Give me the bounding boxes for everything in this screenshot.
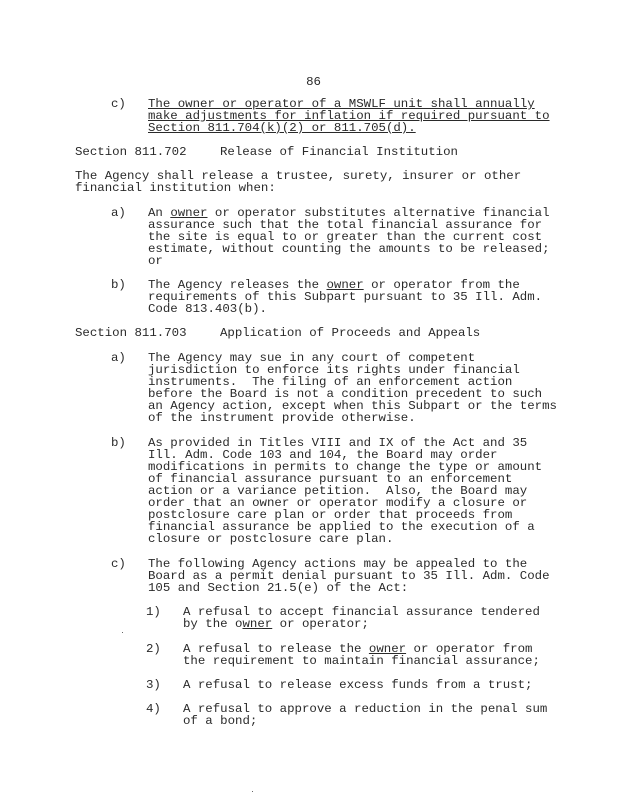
- item-label: b): [111, 437, 126, 449]
- item-a-line-6: of the instrument provide otherwise.: [148, 412, 416, 424]
- item-a-line-5: or: [148, 255, 163, 267]
- item-c-line-3: 105 and Section 21.5(e) of the Act:: [148, 582, 408, 594]
- item-label: a): [111, 207, 126, 219]
- section-title: Application of Proceeds and Appeals: [220, 327, 480, 339]
- stray-mark: [252, 791, 253, 792]
- item-label: c): [111, 558, 126, 570]
- section-title: Release of Financial Institution: [220, 146, 458, 158]
- page-number: 86: [0, 76, 619, 88]
- item-b-line-3: Code 813.403(b).: [148, 303, 267, 315]
- section-number: Section 811.703: [75, 327, 187, 339]
- subitem-label: 2): [146, 643, 161, 655]
- top-item-line-3: Section 811.704(k)(2) or 811.705(d).: [148, 122, 416, 134]
- subitem-4-line-2: of a bond;: [183, 715, 257, 727]
- item-a-line-4: estimate, without counting the amounts t…: [148, 243, 550, 255]
- section-number: Section 811.702: [75, 146, 187, 158]
- subitem-2-line-2: the requirement to maintain financial as…: [183, 655, 540, 667]
- subitem-label: 3): [146, 679, 161, 691]
- subitem-label: 4): [146, 703, 161, 715]
- intro-line-2: financial institution when:: [75, 182, 276, 194]
- item-label: b): [111, 279, 126, 291]
- subitem-label: 1): [146, 606, 161, 618]
- subitem-3-line-1: A refusal to release excess funds from a…: [183, 679, 532, 691]
- stray-mark: [122, 632, 123, 633]
- item-label: a): [111, 352, 126, 364]
- item-b-line-9: closure or postclosure care plan.: [148, 533, 393, 545]
- item-label: c): [111, 98, 126, 110]
- subitem-1-line-2: by the owner or operator;: [183, 618, 369, 630]
